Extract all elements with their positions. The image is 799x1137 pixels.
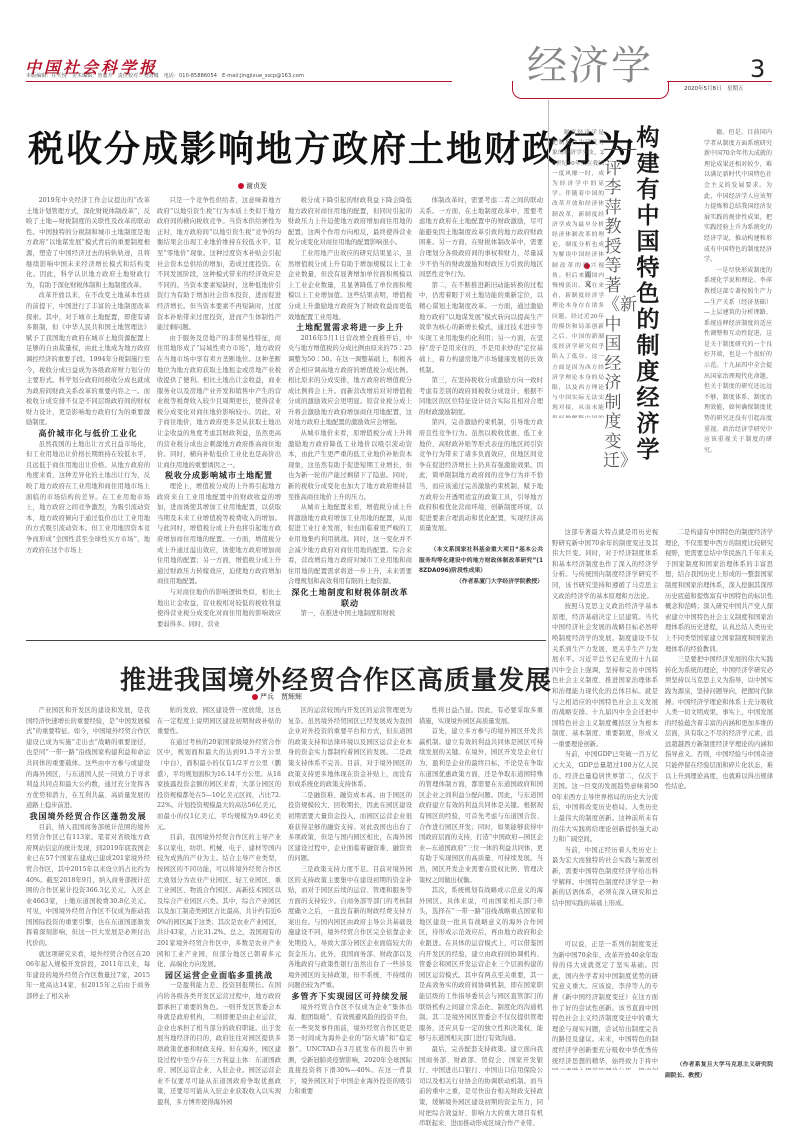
- paragraph: 三是要把中国经济发展的伟大实践转化为系统的理论，中国经济学研究必须坚持以马克思主…: [665, 655, 773, 793]
- editor-info-line: 本版编辑：任天悦 美术编辑：詹嘉升 责任校对：吴国娜 电话：010-858860…: [26, 72, 304, 79]
- paragraph: 二是构建有中国特色的制度经济学理论，不仅需要中西方的制度比较研究视野，更需要总结…: [665, 528, 773, 655]
- issue-date: 2020年5月8日 星期五: [684, 84, 744, 92]
- article2-column-4: 性将日益凸显。因此，有必要采取多重措施，实现境外园区高质量发展。 首先，建立多方…: [419, 706, 543, 1126]
- article1-byline: 谢贞发: [238, 181, 267, 191]
- section-title: 经济学: [515, 42, 665, 90]
- article2-headline: 推进我国境外经贸合作区高质量发展: [120, 660, 552, 697]
- column-divider: [548, 100, 549, 1100]
- article3-column-2b: 二是构建有中国特色的制度经济学理论，不仅需要中西方的制度比较研究视野，更需要总结…: [665, 528, 773, 938]
- article1-headline: 税收分成影响地方政府土地财政行为: [28, 128, 636, 172]
- paragraph: 理论上，增值税分成的上升将引起地方政府来自工业用地配置中的财政收益的增加，进而诱…: [157, 482, 281, 588]
- paragraph: 目前，纳入我国商务部统计范围的境外经贸合作区已有113家。笔者对省级地方政府网站…: [26, 823, 150, 950]
- article1-subhead-1: 高价城市化与低价工业化: [26, 429, 150, 440]
- paragraph: 第二，在不断推进新旧动能转换的过程中，仍需着眼于对土地功能的重新定位，以精心谋划…: [419, 281, 543, 376]
- article2-subhead-2: 园区运营企业面临多重挑战: [157, 971, 281, 982]
- paragraph: 贴的发放，园区建设曾一度放缓，这也在一定程度上说明园区建设初期财政补贴的重要性。: [157, 706, 281, 738]
- paragraph: 税分成下降引起的财政利益下降会降低地方政府对商住用地的配置，但同时引起的财政压力…: [288, 196, 412, 249]
- paragraph: 在通过考核的20家国家级境外经贸合作区中，规划面积最大的达到91.5平方公里（中…: [157, 738, 281, 833]
- paragraph: 德。但是，目前国内学者从制度方面系统研究新中国70余年伟大成就的理论成果还相对较…: [704, 128, 772, 266]
- paragraph: 这部专著最大特点就是用历史视野研究新中国70余年的制度变迁及其伟大巨变。同时，对…: [552, 528, 658, 602]
- paragraph: 工业用地产出效应的研究结果显示，虽然增值税分成上升有助于增加规模以上工业企业数量…: [288, 249, 412, 323]
- paragraph: 目前，我国境外经贸合作区的主导产业多以家电、纺织、机械、电子、建材等国内较为成熟…: [157, 833, 281, 971]
- article2-column-3: 区的运营较国内开发区的运营管理更为复杂。虽然境外经贸园区已经发展成为我国企业对外…: [288, 706, 412, 1126]
- article1-column-4: 体制改革时，需要考虑二者之间的联动关系。一方面，在土地制度改革中，需要考虑地方政…: [419, 196, 543, 636]
- paragraph: 可以说，正是一系列的制度变迁为新中国70余年、改革开放40余年取得的伟大成就奠定…: [552, 940, 658, 1070]
- article2-subhead-1: 我国境外经贸合作区蓬勃发展: [26, 812, 150, 823]
- paragraph: 改革开放以来，在不改变土地基本性质的前提下，中国进行了丰富的土地制度改革探索。其…: [26, 291, 150, 429]
- paragraph: 虽然我国的土地出让方式日益市场化，但工业用地出让价格长期维持在较低水平，且远低于…: [26, 440, 150, 557]
- paragraph: 由于服务及房地产的非贸易性特征，商住用地形成了“局域性卖方市场”，地方政府在当地…: [157, 334, 281, 472]
- article1-column-3: 税分成下降引起的财政利益下降会降低地方政府对商住用地的配置，但同时引起的财政压力…: [288, 196, 412, 636]
- article1-subhead-4: 深化土地制度和财税体制改革联动: [288, 588, 412, 609]
- funding-note: （本文系国家社科基金重大项目“基本公共服务均等化建设中的地方财政体制改革研究”(…: [419, 545, 543, 577]
- paragraph: 最后，完善配套支持政策。建立面向我国商务部、财政部、贸促会、国家开发银行、中国进…: [419, 1045, 543, 1126]
- page-number: 3: [750, 55, 765, 83]
- paragraph: 第四，完善激励约束机制，引导地方政府良性竞争行为。虽然以税收优惠、低工业地价、高…: [419, 418, 543, 535]
- article3-column-1c: 可以说，正是一系列的制度变迁为新中国70余年、改革开放40余年取得的伟大成就奠定…: [552, 940, 658, 1070]
- article3-subtitle: ——评李萍教授等著《新中国经济制度变迁》: [603, 140, 623, 472]
- article3-column-2a: 德。但是，目前国内学者从制度方面系统研究新中国70余年伟大成就的理论成果还相对较…: [704, 128, 772, 528]
- article1-author: 谢贞发: [246, 182, 267, 190]
- article1-subhead-2: 税收分成影响城市土地配置: [157, 471, 281, 482]
- paragraph: 当前，中国正经历着人类历史上最为宏大而独特的社会实践与制度创新，需要中国特色制度…: [552, 846, 658, 910]
- article-divider: [26, 640, 546, 641]
- paragraph: 首先，建立多方参与的境外园区开发共赢机制。建立有效的利益共同体是园区可持续发展的…: [419, 727, 543, 886]
- article2-column-2: 贴的发放，园区建设曾一度放缓，这也在一定程度上说明园区建设初期财政补贴的重要性。…: [157, 706, 281, 1126]
- article1-column-2: 只是一个竞争性供给者，这意味着地方政府“以地引资生税”行为本质上类似于地方政府间…: [157, 196, 281, 636]
- article1-subhead-3: 土地配置需求将进一步上升: [288, 323, 412, 334]
- paragraph: 体制改革时，需要考虑二者之间的联动关系。一方面，在土地制度改革中，需要考虑地方政…: [419, 196, 543, 281]
- author-marker-icon: [252, 694, 258, 700]
- paragraph: 一是盈利能力差、投资回报期长。在国内的各级各类开发区运营过程中，地方政府都承担了…: [157, 981, 281, 1108]
- article3-column-1a: 制度经济学是把制度作为研究对象的经济学分支，20世纪90年代在我国一度风靡一时，…: [552, 128, 604, 418]
- paragraph: 第三，在坚持税收分成激励方向一致时考虑有差别的政府间税收分成设计，根据不同地区的…: [419, 376, 543, 418]
- paragraph: 区的运营较国内开发区的运营管理更为复杂。虽然境外经贸园区已经发展成为我国企业对外…: [288, 706, 412, 791]
- paragraph: 一是尽快形成制度的系统化学说和理论。李萍教授这部专著按照生产力—生产关系（经济基…: [704, 266, 772, 457]
- paragraph: 性将日益凸显。因此，有必要采取多重措施，实现境外园区高质量发展。: [419, 706, 543, 727]
- paragraph: 制度经济学是把制度作为研究对象的经济学分支，20世纪90年代在我国一度风靡一时，…: [552, 128, 604, 418]
- paragraph: 只是一个竞争性供给者，这意味着地方政府“以地引资生税”行为本质上类似于地方政府间…: [157, 196, 281, 334]
- article3-author-note: （作者系复旦大学马克思主义研究院副院长、教授）: [665, 1060, 773, 1081]
- paragraph: 按照马克思主义政治经济学基本原理，经济基础决定上层建筑。当代中国经济社会发展的战…: [552, 602, 658, 750]
- paragraph: 从城市地价来看，原增值税分成上升将激励地方政府降低工业地价以吸引流动资本，由此产…: [288, 429, 412, 503]
- article2-authors: 严兵 贾辉辉: [260, 693, 302, 701]
- paragraph: 第一，在推进中国土地制度和财税: [288, 609, 412, 620]
- paragraph: 当前，中国GDP已突破一百万亿元大关，GDP总量超过100万亿人民币。经济总量稳…: [552, 750, 658, 845]
- paragraph: 产业园区和开发区的建设和发展，是我国经济快速增长的重要经验，是“中国发展模式”的…: [26, 706, 150, 812]
- article2-subhead-3: 多管齐下实现园区可持续发展: [288, 992, 412, 1003]
- article2-column-1: 产业园区和开发区的建设和发展，是我国经济快速增长的重要经验，是“中国发展模式”的…: [26, 706, 150, 1126]
- masthead-rule-left: [26, 81, 452, 82]
- paragraph: 其次，系统规划有战略或示范意义的海外园区。具体来说，可由国家相关部门牵头，选择在…: [419, 886, 543, 1045]
- article3-headline: 构建有中国特色的制度经济学: [635, 125, 661, 463]
- paragraph: 2019年中央经济工作会议提出的“改革土地计划管理方式，深化财税体制改革”，反映…: [26, 196, 150, 291]
- article1-author-note: （作者系厦门大学经济学院教授）: [419, 577, 543, 588]
- paragraph: 就这项研究来看，境外经贸合作区在2006年起入规模开发阶段，2011年以来，每年…: [26, 950, 150, 1003]
- article1-column-1: 2019年中央经济工作会议提出的“改革土地计划管理方式，深化财税体制改革”，反映…: [26, 196, 150, 636]
- author-marker-icon: [238, 183, 244, 189]
- article2-byline: 严兵 贾辉辉: [252, 692, 302, 702]
- article3-author-note-box: （作者系复旦大学马克思主义研究院副院长、教授）: [665, 1060, 773, 1100]
- paragraph: 境外经贸合作区不仅成为企业“集体出海、抱团取暖”、有效规避风险的投资平台，在一些…: [288, 1003, 412, 1098]
- paragraph: 二是融资难、融资成本高。由于园区的投资规模较大、回收期长，因此在园区建设初期需要…: [288, 791, 412, 865]
- paragraph: 与对商住地价的影响逻辑类似，相比土地出让金收益，营业税相对较低的税收利益使得营业…: [157, 588, 281, 630]
- article3-column-1b: 这部专著最大特点就是用历史视野研究新中国70余年的制度变迁及其伟大巨变。同时，对…: [552, 528, 658, 938]
- paragraph: 三是政策支持力度不足。目前对境外园区的支持政策主要集中在建设初期的资金补贴，而对…: [288, 865, 412, 992]
- paragraph: 2016年5月1日营改增全面推开后，中央与地方增值税的分成比例由原来的75∶25…: [288, 334, 412, 429]
- paragraph: 从城市土地配置来看，增值税分成上升将激励地方政府增加工业用地的配置，从而促进工业…: [288, 503, 412, 588]
